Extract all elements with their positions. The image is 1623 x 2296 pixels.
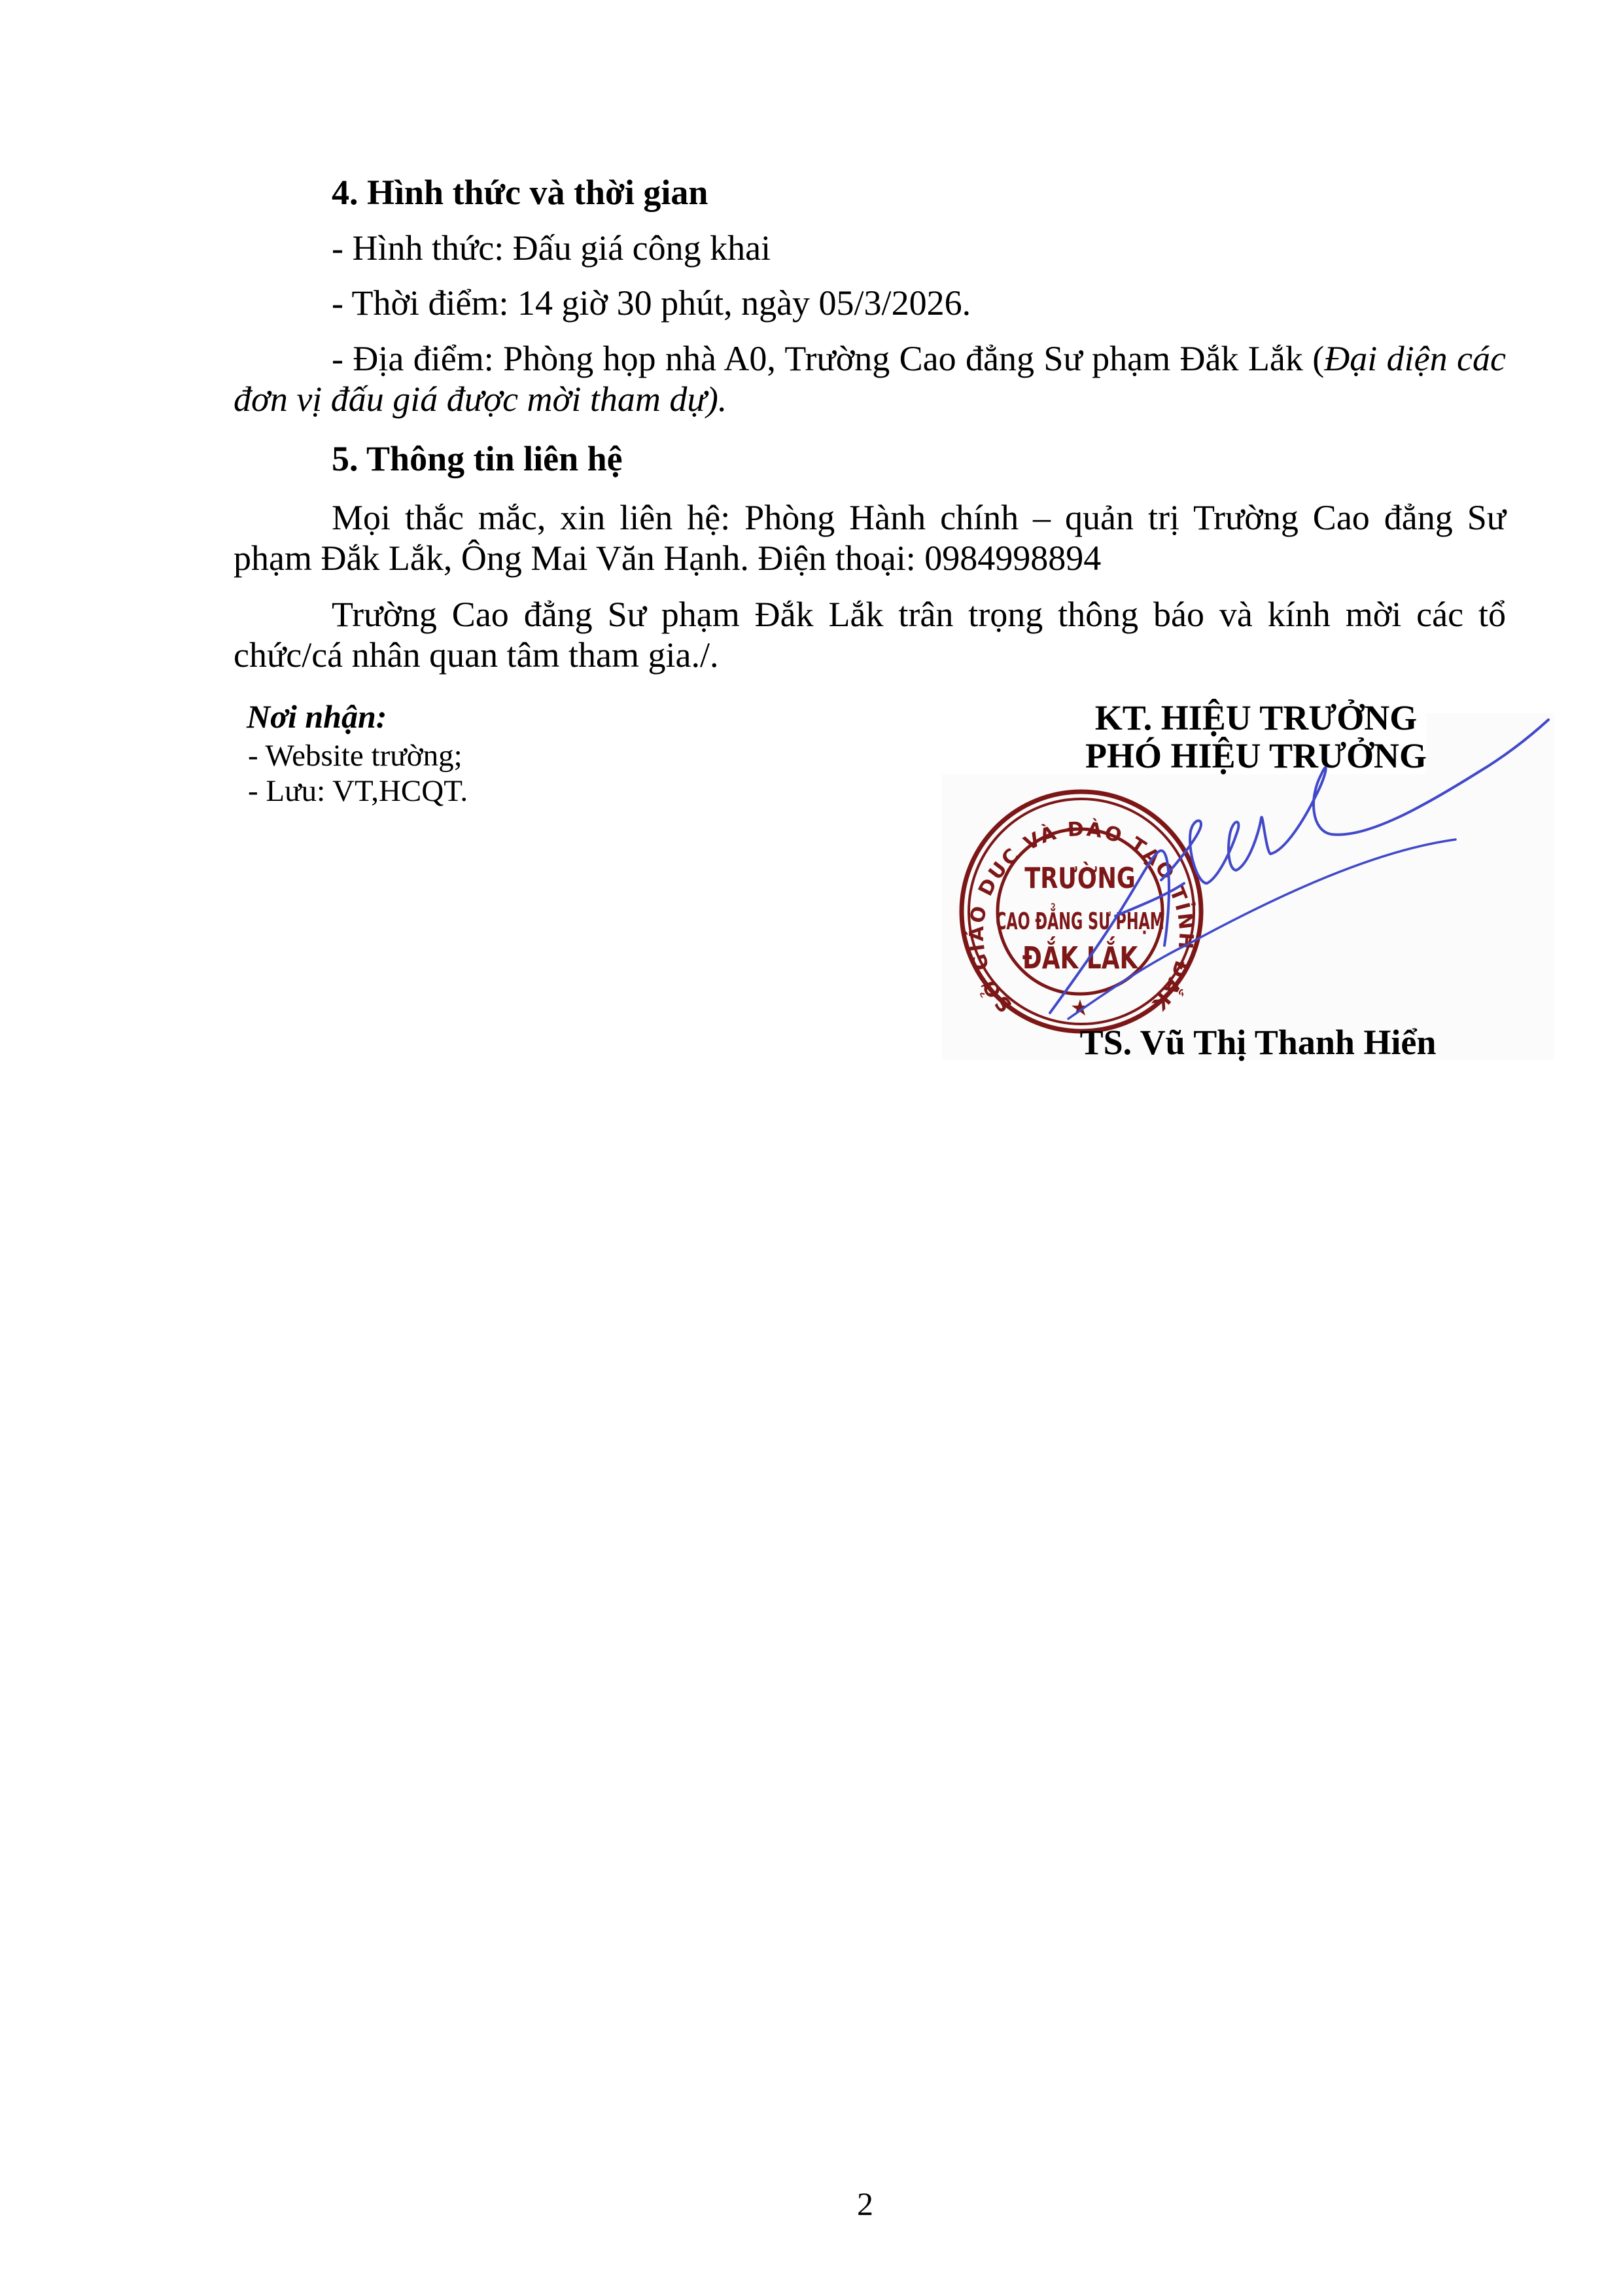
stamp-and-signature: SỞ GIÁO DỤC VÀ ĐÀO TẠO TỈNH ĐẮK LẮK TRƯỜ… [0, 0, 1623, 1112]
document-page: 4. Hình thức và thời gian - Hình thức: Đ… [0, 0, 1623, 2296]
official-stamp-icon: SỞ GIÁO DỤC VÀ ĐÀO TẠO TỈNH ĐẮK LẮK TRƯỜ… [0, 0, 1201, 1031]
svg-text:★: ★ [1070, 995, 1090, 1021]
signer-name: TS. Vũ Thị Thanh Hiển [1060, 1022, 1456, 1063]
svg-text:SỞ GIÁO DỤC VÀ ĐÀO TẠO TỈNH ĐẮ: SỞ GIÁO DỤC VÀ ĐÀO TẠO TỈNH ĐẮK LẮK [0, 0, 1198, 1023]
svg-text:TRƯỜNG: TRƯỜNG [1024, 861, 1136, 895]
page-number: 2 [857, 2183, 873, 2224]
